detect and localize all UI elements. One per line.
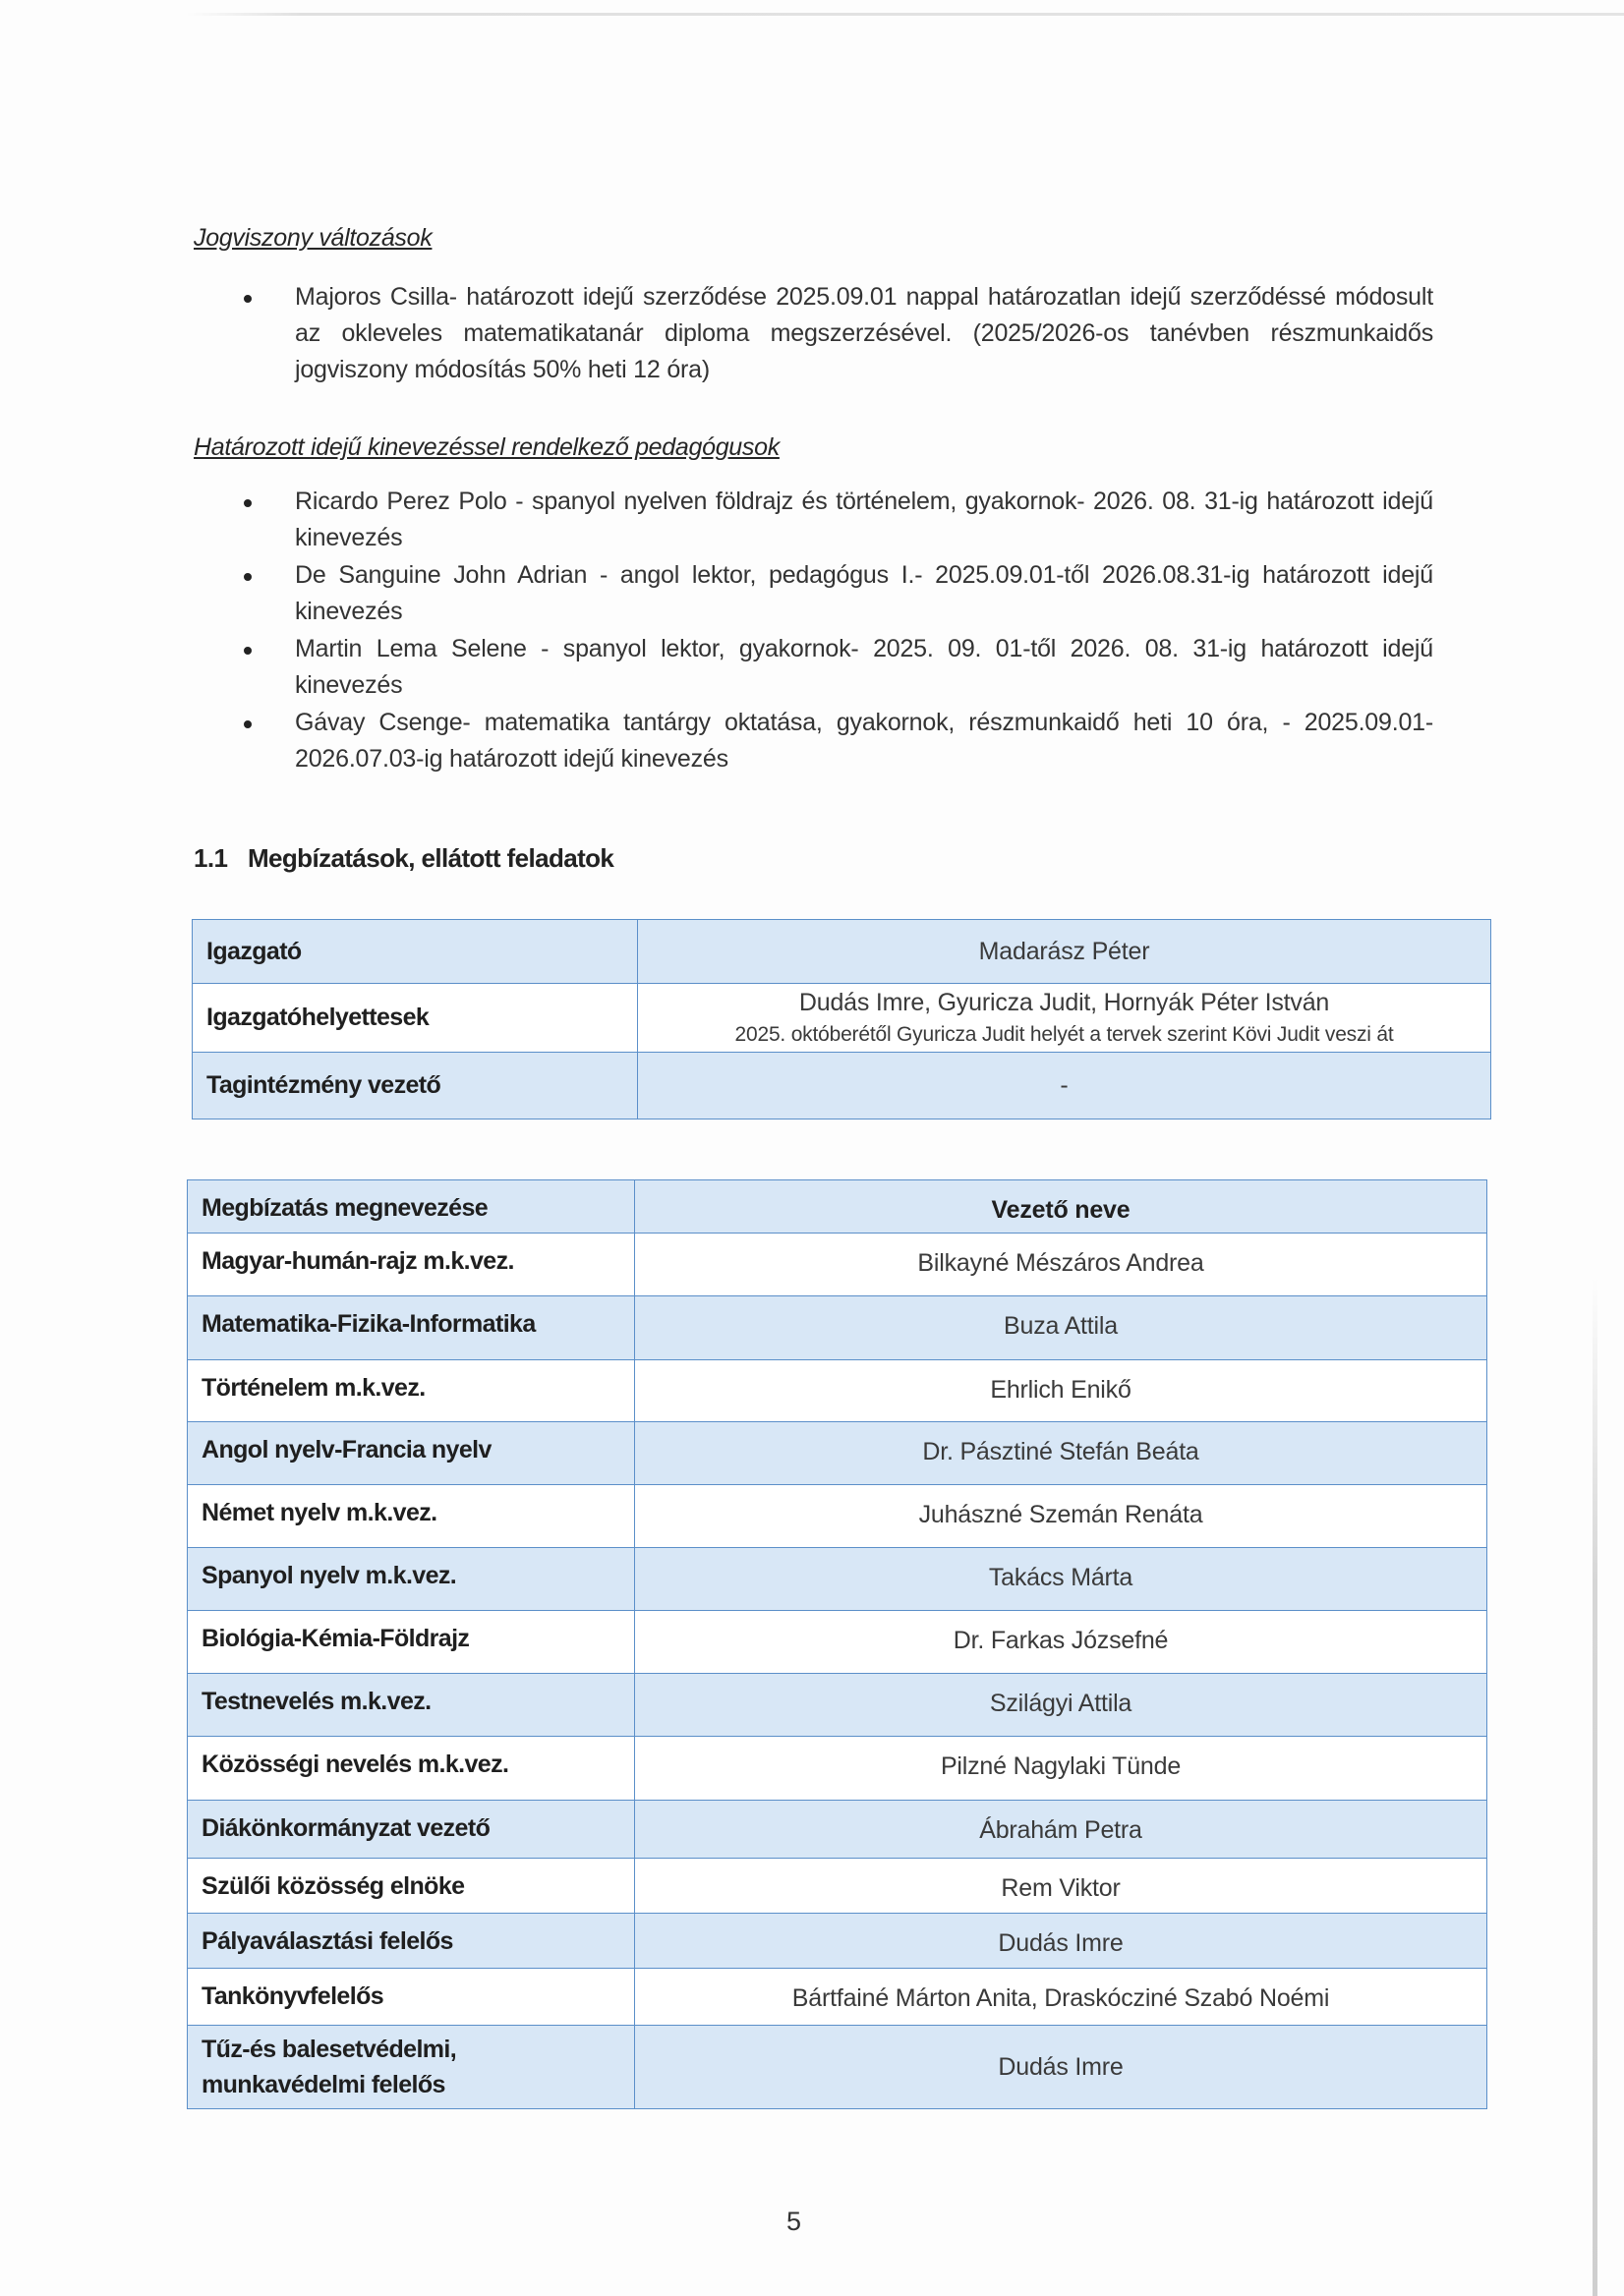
leadership-table: Igazgató Madarász Péter Igazgatóhelyette…: [192, 919, 1491, 1119]
row-value: Bártfainé Márton Anita, Draskócziné Szab…: [635, 1969, 1487, 2026]
deputies-note: 2025. októberétől Gyuricza Judit helyét …: [652, 1023, 1477, 1047]
row-value: Pilzné Nagylaki Tünde: [635, 1737, 1487, 1801]
table-row: Tűz-és balesetvédelmi, munkavédelmi fele…: [188, 2026, 1487, 2109]
table-row: Biológia-Kémia-Földrajz Dr. Farkas Józse…: [188, 1611, 1487, 1674]
bullet-icon: [244, 720, 252, 728]
row-label: Tagintézmény vezető: [193, 1053, 638, 1119]
row-label: Történelem m.k.vez.: [188, 1360, 635, 1422]
page-number: 5: [786, 2207, 801, 2237]
table-row: Angol nyelv-Francia nyelv Dr. Pásztiné S…: [188, 1422, 1487, 1485]
row-value: Takács Márta: [635, 1548, 1487, 1611]
scan-edge-top: [187, 13, 1624, 16]
row-value: Buza Attila: [635, 1296, 1487, 1360]
row-value: Ábrahám Petra: [635, 1801, 1487, 1859]
row-value: Bilkayné Mészáros Andrea: [635, 1234, 1487, 1296]
row-label: Testnevelés m.k.vez.: [188, 1674, 635, 1737]
row-label: Közösségi nevelés m.k.vez.: [188, 1737, 635, 1801]
section-heading: 1.1 Megbízatások, ellátott feladatok: [194, 843, 613, 874]
employment-changes-list: Majoros Csilla- határozott idejű szerződ…: [244, 279, 1433, 388]
row-value: -: [638, 1053, 1491, 1119]
bullet-icon: [244, 295, 252, 303]
column-header-leader: Vezető neve: [635, 1180, 1487, 1234]
row-label: Tankönyvfelelős: [188, 1969, 635, 2026]
table-row: Tankönyvfelelős Bártfainé Márton Anita, …: [188, 1969, 1487, 2026]
table-row: Diákönkormányzat vezető Ábrahám Petra: [188, 1801, 1487, 1859]
deputies-names: Dudás Imre, Gyuricza Judit, Hornyák Péte…: [799, 989, 1329, 1016]
table-row: Közösségi nevelés m.k.vez. Pilzné Nagyla…: [188, 1737, 1487, 1801]
row-value: Rem Viktor: [635, 1859, 1487, 1914]
table-row: Tagintézmény vezető -: [193, 1053, 1491, 1119]
section-title: Megbízatások, ellátott feladatok: [248, 843, 613, 873]
row-value: Dr. Pásztiné Stefán Beáta: [635, 1422, 1487, 1485]
row-label: Szülői közösség elnöke: [188, 1859, 635, 1914]
table-row: Német nyelv m.k.vez. Juhászné Szemán Ren…: [188, 1485, 1487, 1548]
row-label: Diákönkormányzat vezető: [188, 1801, 635, 1859]
row-label: Angol nyelv-Francia nyelv: [188, 1422, 635, 1485]
employment-changes-heading: Jogviszony változások: [194, 224, 432, 253]
row-label: Matematika-Fizika-Informatika: [188, 1296, 635, 1360]
table-row: Igazgatóhelyettesek Dudás Imre, Gyuricza…: [193, 984, 1491, 1053]
row-value: Dudás Imre: [635, 2026, 1487, 2109]
fixed-term-teachers-list: Ricardo Perez Polo - spanyol nyelven föl…: [244, 484, 1433, 777]
row-value: Madarász Péter: [638, 920, 1491, 984]
list-item: Martin Lema Selene - spanyol lektor, gya…: [244, 631, 1433, 704]
section-number: 1.1: [194, 843, 227, 873]
scan-edge-right: [1593, 1278, 1597, 2296]
table-row: Magyar-humán-rajz m.k.vez. Bilkayné Mész…: [188, 1234, 1487, 1296]
fixed-term-teachers-heading: Határozott idejű kinevezéssel rendelkező…: [194, 433, 780, 462]
list-item: Ricardo Perez Polo - spanyol nyelven föl…: [244, 484, 1433, 556]
table-row: Matematika-Fizika-Informatika Buza Attil…: [188, 1296, 1487, 1360]
row-label: Spanyol nyelv m.k.vez.: [188, 1548, 635, 1611]
bullet-icon: [244, 647, 252, 655]
row-value: Juhászné Szemán Renáta: [635, 1485, 1487, 1548]
column-header-assignment: Megbízatás megnevezése: [188, 1180, 635, 1234]
row-value: Dudás Imre: [635, 1914, 1487, 1969]
table-row: Történelem m.k.vez. Ehrlich Enikő: [188, 1360, 1487, 1422]
row-label: Biológia-Kémia-Földrajz: [188, 1611, 635, 1674]
row-label: Igazgatóhelyettesek: [193, 984, 638, 1053]
row-value: Ehrlich Enikő: [635, 1360, 1487, 1422]
bullet-icon: [244, 573, 252, 581]
list-item: De Sanguine John Adrian - angol lektor, …: [244, 557, 1433, 630]
row-label: Pályaválasztási felelős: [188, 1914, 635, 1969]
table-row: Szülői közösség elnöke Rem Viktor: [188, 1859, 1487, 1914]
row-label: Tűz-és balesetvédelmi, munkavédelmi fele…: [188, 2026, 635, 2109]
bullet-icon: [244, 499, 252, 507]
assignments-table: Megbízatás megnevezése Vezető neve Magya…: [187, 1179, 1487, 2109]
row-label: Magyar-humán-rajz m.k.vez.: [188, 1234, 635, 1296]
row-value: Szilágyi Attila: [635, 1674, 1487, 1737]
row-value: Dr. Farkas Józsefné: [635, 1611, 1487, 1674]
list-item: Gávay Csenge- matematika tantárgy oktatá…: [244, 705, 1433, 777]
table-header-row: Megbízatás megnevezése Vezető neve: [188, 1180, 1487, 1234]
row-label: Igazgató: [193, 920, 638, 984]
table-row: Igazgató Madarász Péter: [193, 920, 1491, 984]
table-row: Testnevelés m.k.vez. Szilágyi Attila: [188, 1674, 1487, 1737]
table-row: Spanyol nyelv m.k.vez. Takács Márta: [188, 1548, 1487, 1611]
table-row: Pályaválasztási felelős Dudás Imre: [188, 1914, 1487, 1969]
row-value: Dudás Imre, Gyuricza Judit, Hornyák Péte…: [638, 984, 1491, 1053]
row-label: Német nyelv m.k.vez.: [188, 1485, 635, 1548]
list-item: Majoros Csilla- határozott idejű szerződ…: [244, 279, 1433, 388]
